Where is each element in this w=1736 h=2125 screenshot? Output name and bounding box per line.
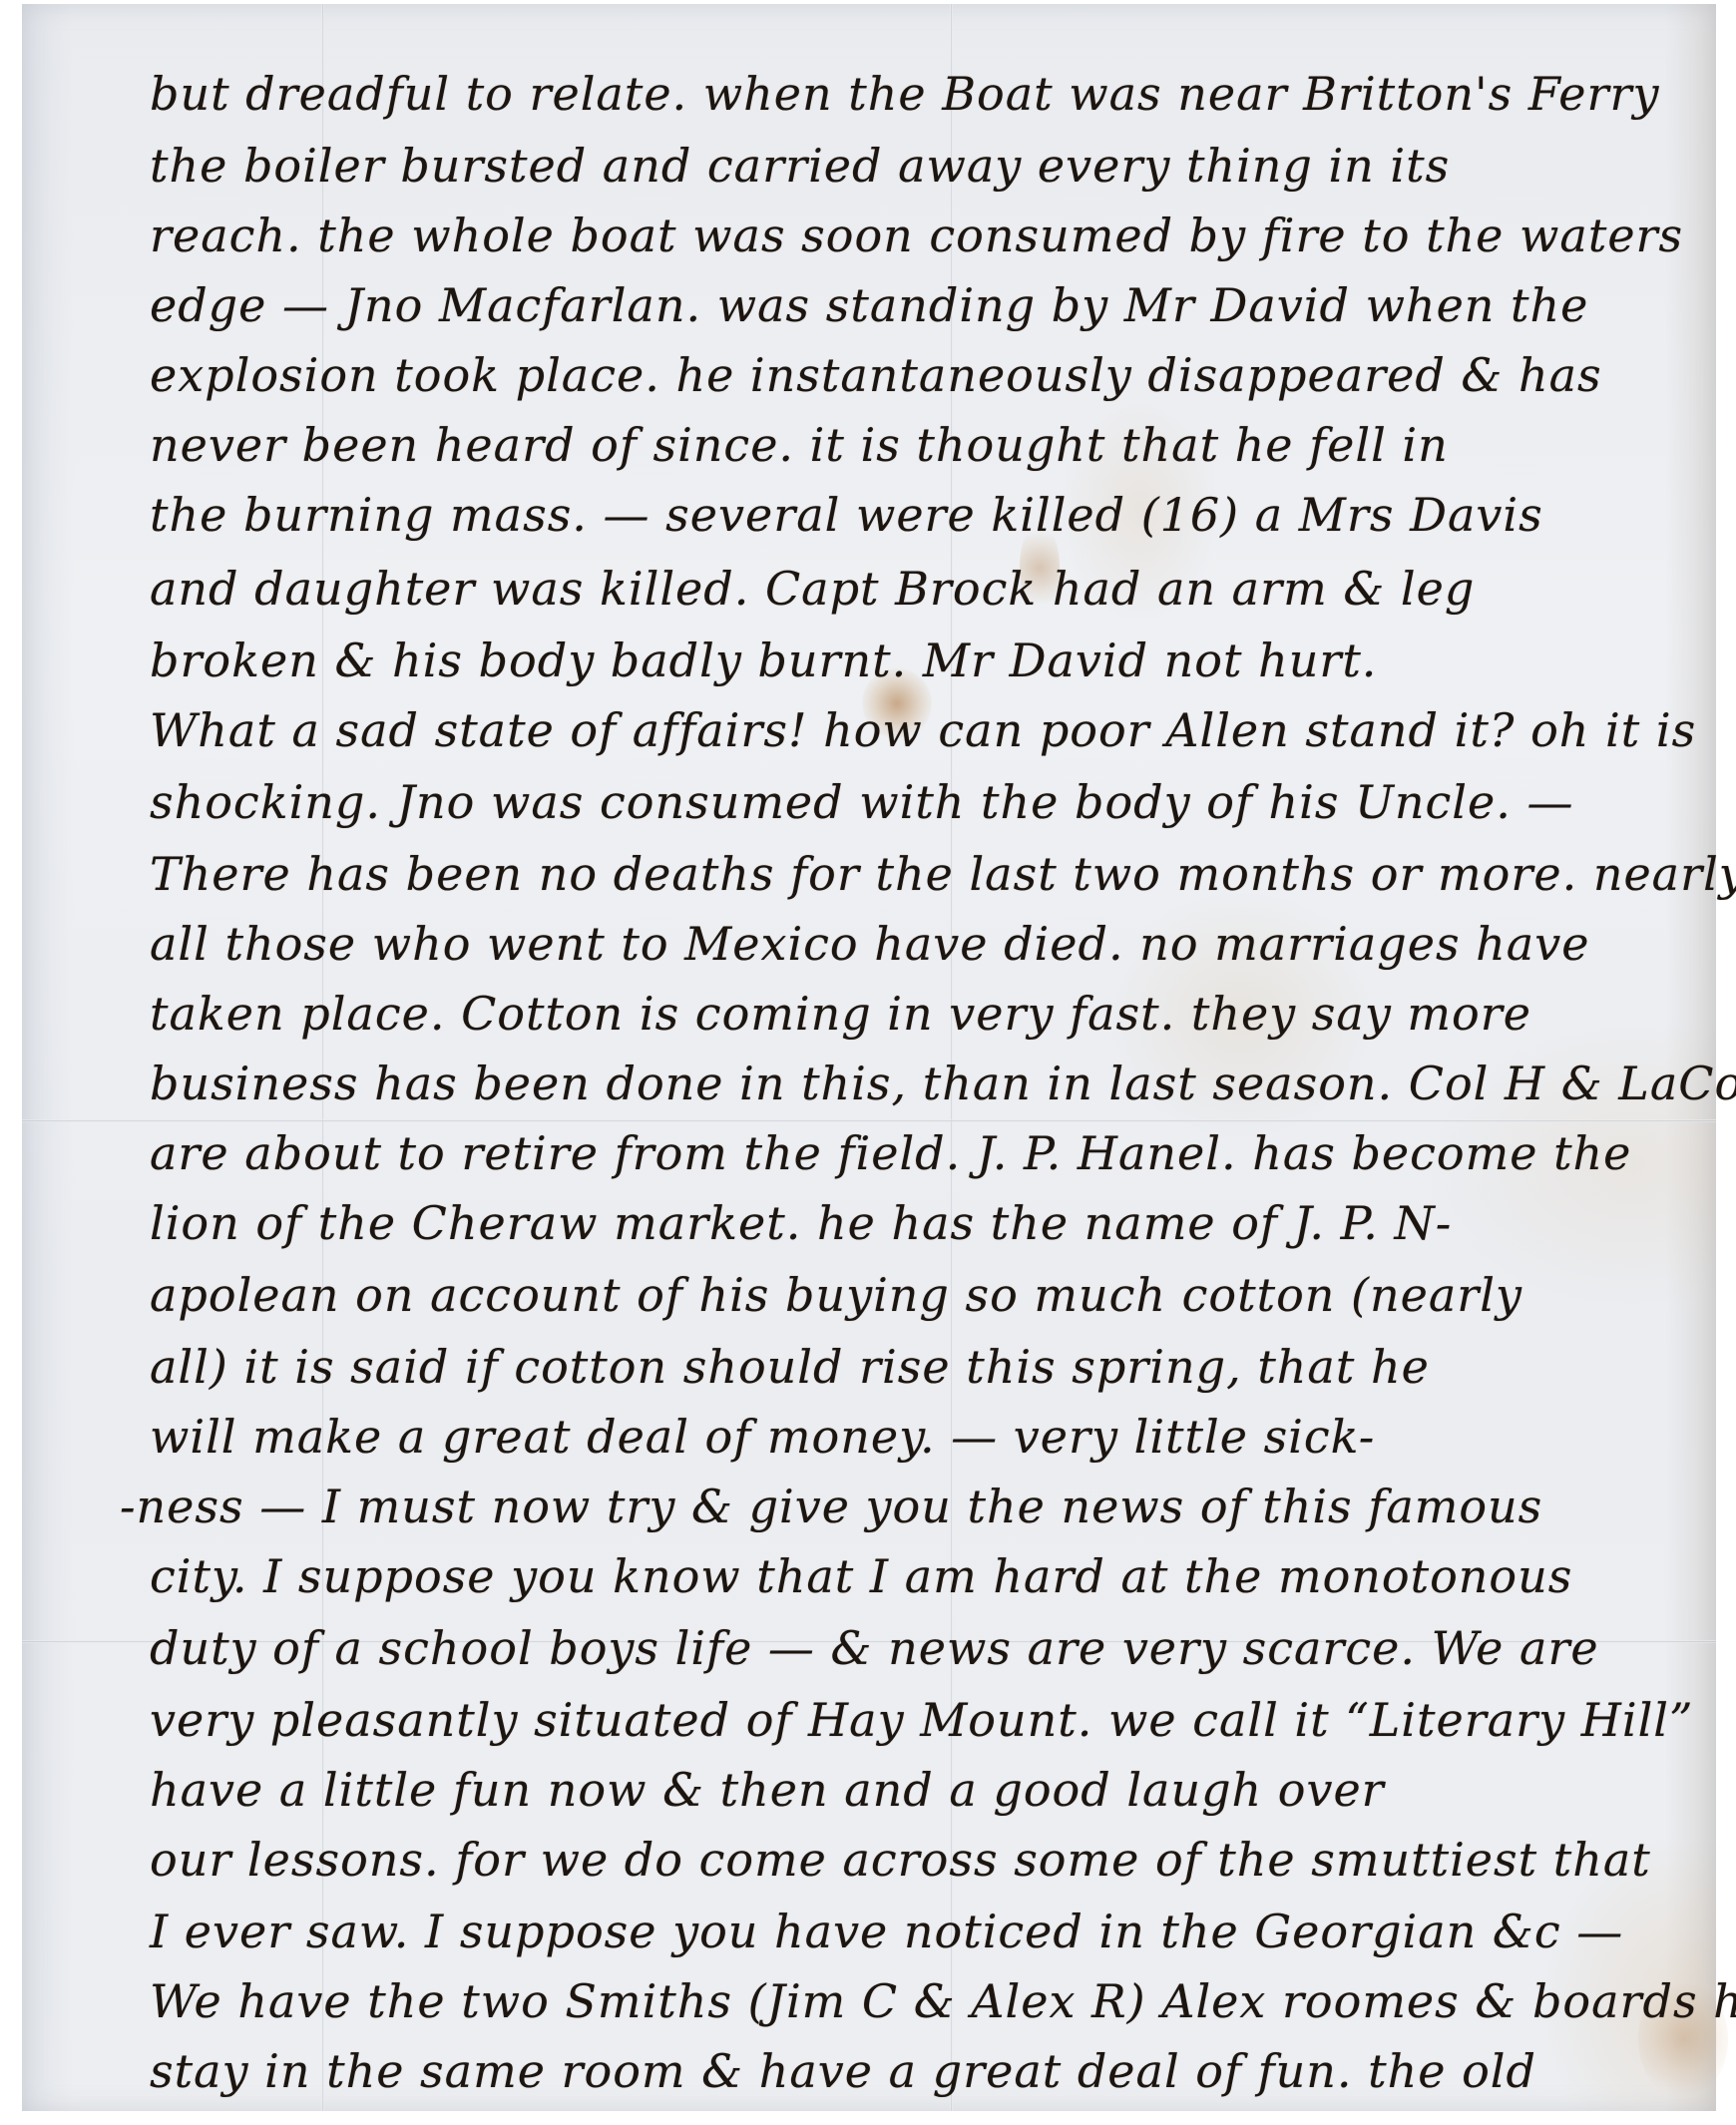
letter-line: very pleasantly situated of Hay Mount. w… xyxy=(150,1690,1686,1750)
letter-line: the burning mass. — several were killed … xyxy=(150,485,1686,545)
letter-line: but dreadful to relate. when the Boat wa… xyxy=(150,64,1686,124)
letter-line: business has been done in this, than in … xyxy=(150,1054,1686,1113)
letter-line: never been heard of since. it is thought… xyxy=(150,415,1686,475)
letter-line: are about to retire from the field. J. P… xyxy=(150,1123,1686,1183)
letter-line: taken place. Cotton is coming in very fa… xyxy=(150,984,1686,1044)
letter-line: apolean on account of his buying so much… xyxy=(150,1265,1686,1325)
letter-line: our lessons. for we do come across some … xyxy=(150,1830,1686,1890)
letter-line: broken & his body badly burnt. Mr David … xyxy=(150,631,1686,690)
letter-line: stay in the same room & have a great dea… xyxy=(150,2041,1686,2101)
paper-fold xyxy=(22,1119,1716,1122)
letter-line: We have the two Smiths (Jim C & Alex R) … xyxy=(150,1971,1686,2031)
letter-line: all those who went to Mexico have died. … xyxy=(150,914,1686,974)
letter-line: lion of the Cheraw market. he has the na… xyxy=(150,1193,1686,1253)
letter-line: reach. the whole boat was soon consumed … xyxy=(150,206,1686,265)
letter-line: city. I suppose you know that I am hard … xyxy=(150,1546,1686,1606)
letter-line: explosion took place. he instantaneously… xyxy=(150,345,1686,405)
letter-line: edge — Jno Macfarlan. was standing by Mr… xyxy=(150,275,1686,335)
letter-line: shocking. Jno was consumed with the body… xyxy=(150,772,1686,832)
letter-line: -ness — I must now try & give you the ne… xyxy=(120,1477,1656,1536)
letter-line: the boiler bursted and carried away ever… xyxy=(150,136,1686,196)
letter-line: all) it is said if cotton should rise th… xyxy=(150,1337,1686,1397)
letter-line: will make a great deal of money. — very … xyxy=(150,1407,1686,1467)
letter-line: and daughter was killed. Capt Brock had … xyxy=(150,559,1686,619)
letter-line: I ever saw. I suppose you have noticed i… xyxy=(150,1902,1686,1961)
letter-line: What a sad state of affairs! how can poo… xyxy=(150,700,1686,760)
letter-line: There has been no deaths for the last tw… xyxy=(150,844,1686,904)
letter-line: have a little fun now & then and a good … xyxy=(150,1760,1686,1820)
letter-line: duty of a school boys life — & news are … xyxy=(150,1618,1686,1678)
